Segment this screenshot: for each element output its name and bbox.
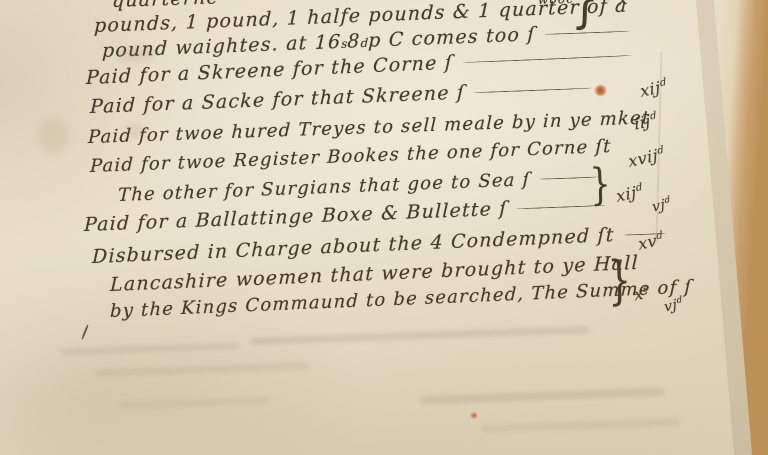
amount-disbursed-1: xs — [633, 282, 650, 304]
manuscript-page: quarterne wooc pounds, 1 pound, 1 halfe … — [0, 0, 768, 455]
amount-ballattinge-boxe: xvd — [637, 229, 664, 254]
smudge-stain — [118, 46, 156, 62]
brace-header-block: } — [571, 0, 599, 31]
amount-disbursed-2: vjd — [663, 295, 683, 316]
header-line-3-post: p C comes too ſ — [368, 23, 536, 51]
rust-stain-small — [470, 412, 478, 419]
amount-register-bookes-2: vjd — [651, 195, 671, 216]
amount-sacke: iijd — [633, 109, 658, 133]
smudge-stain — [124, 124, 146, 138]
ink-layer: quarterne wooc pounds, 1 pound, 1 halfe … — [0, 0, 768, 455]
ink-rule — [474, 87, 592, 94]
amount-unit: d — [635, 182, 643, 194]
amount-unit: d — [649, 110, 657, 122]
amount-value: xvij — [627, 145, 659, 171]
amount-value: xij — [639, 77, 661, 101]
amount-unit: s — [642, 283, 648, 295]
header-line-3-mid: 8 — [347, 30, 361, 53]
amount-header-sum: xs — [617, 0, 634, 10]
brace-disbursed-block: } — [607, 255, 631, 308]
rust-stain — [594, 85, 607, 96]
amount-unit: d — [664, 195, 671, 206]
brace-register-bookes: } — [589, 162, 611, 207]
entry-text: Paid for a Sacke for that Skreene ſ — [90, 82, 466, 118]
amount-unit: d — [676, 295, 683, 306]
manuscript-photo: quarterne wooc pounds, 1 pound, 1 halfe … — [0, 0, 768, 455]
amount-skreene: xijd — [639, 76, 668, 101]
amount-value: xij — [615, 182, 637, 206]
amount-register-bookes-1: xijd — [615, 181, 644, 206]
ink-flick — [81, 324, 89, 340]
smudge-stain — [38, 118, 70, 154]
ink-rule — [462, 54, 632, 63]
